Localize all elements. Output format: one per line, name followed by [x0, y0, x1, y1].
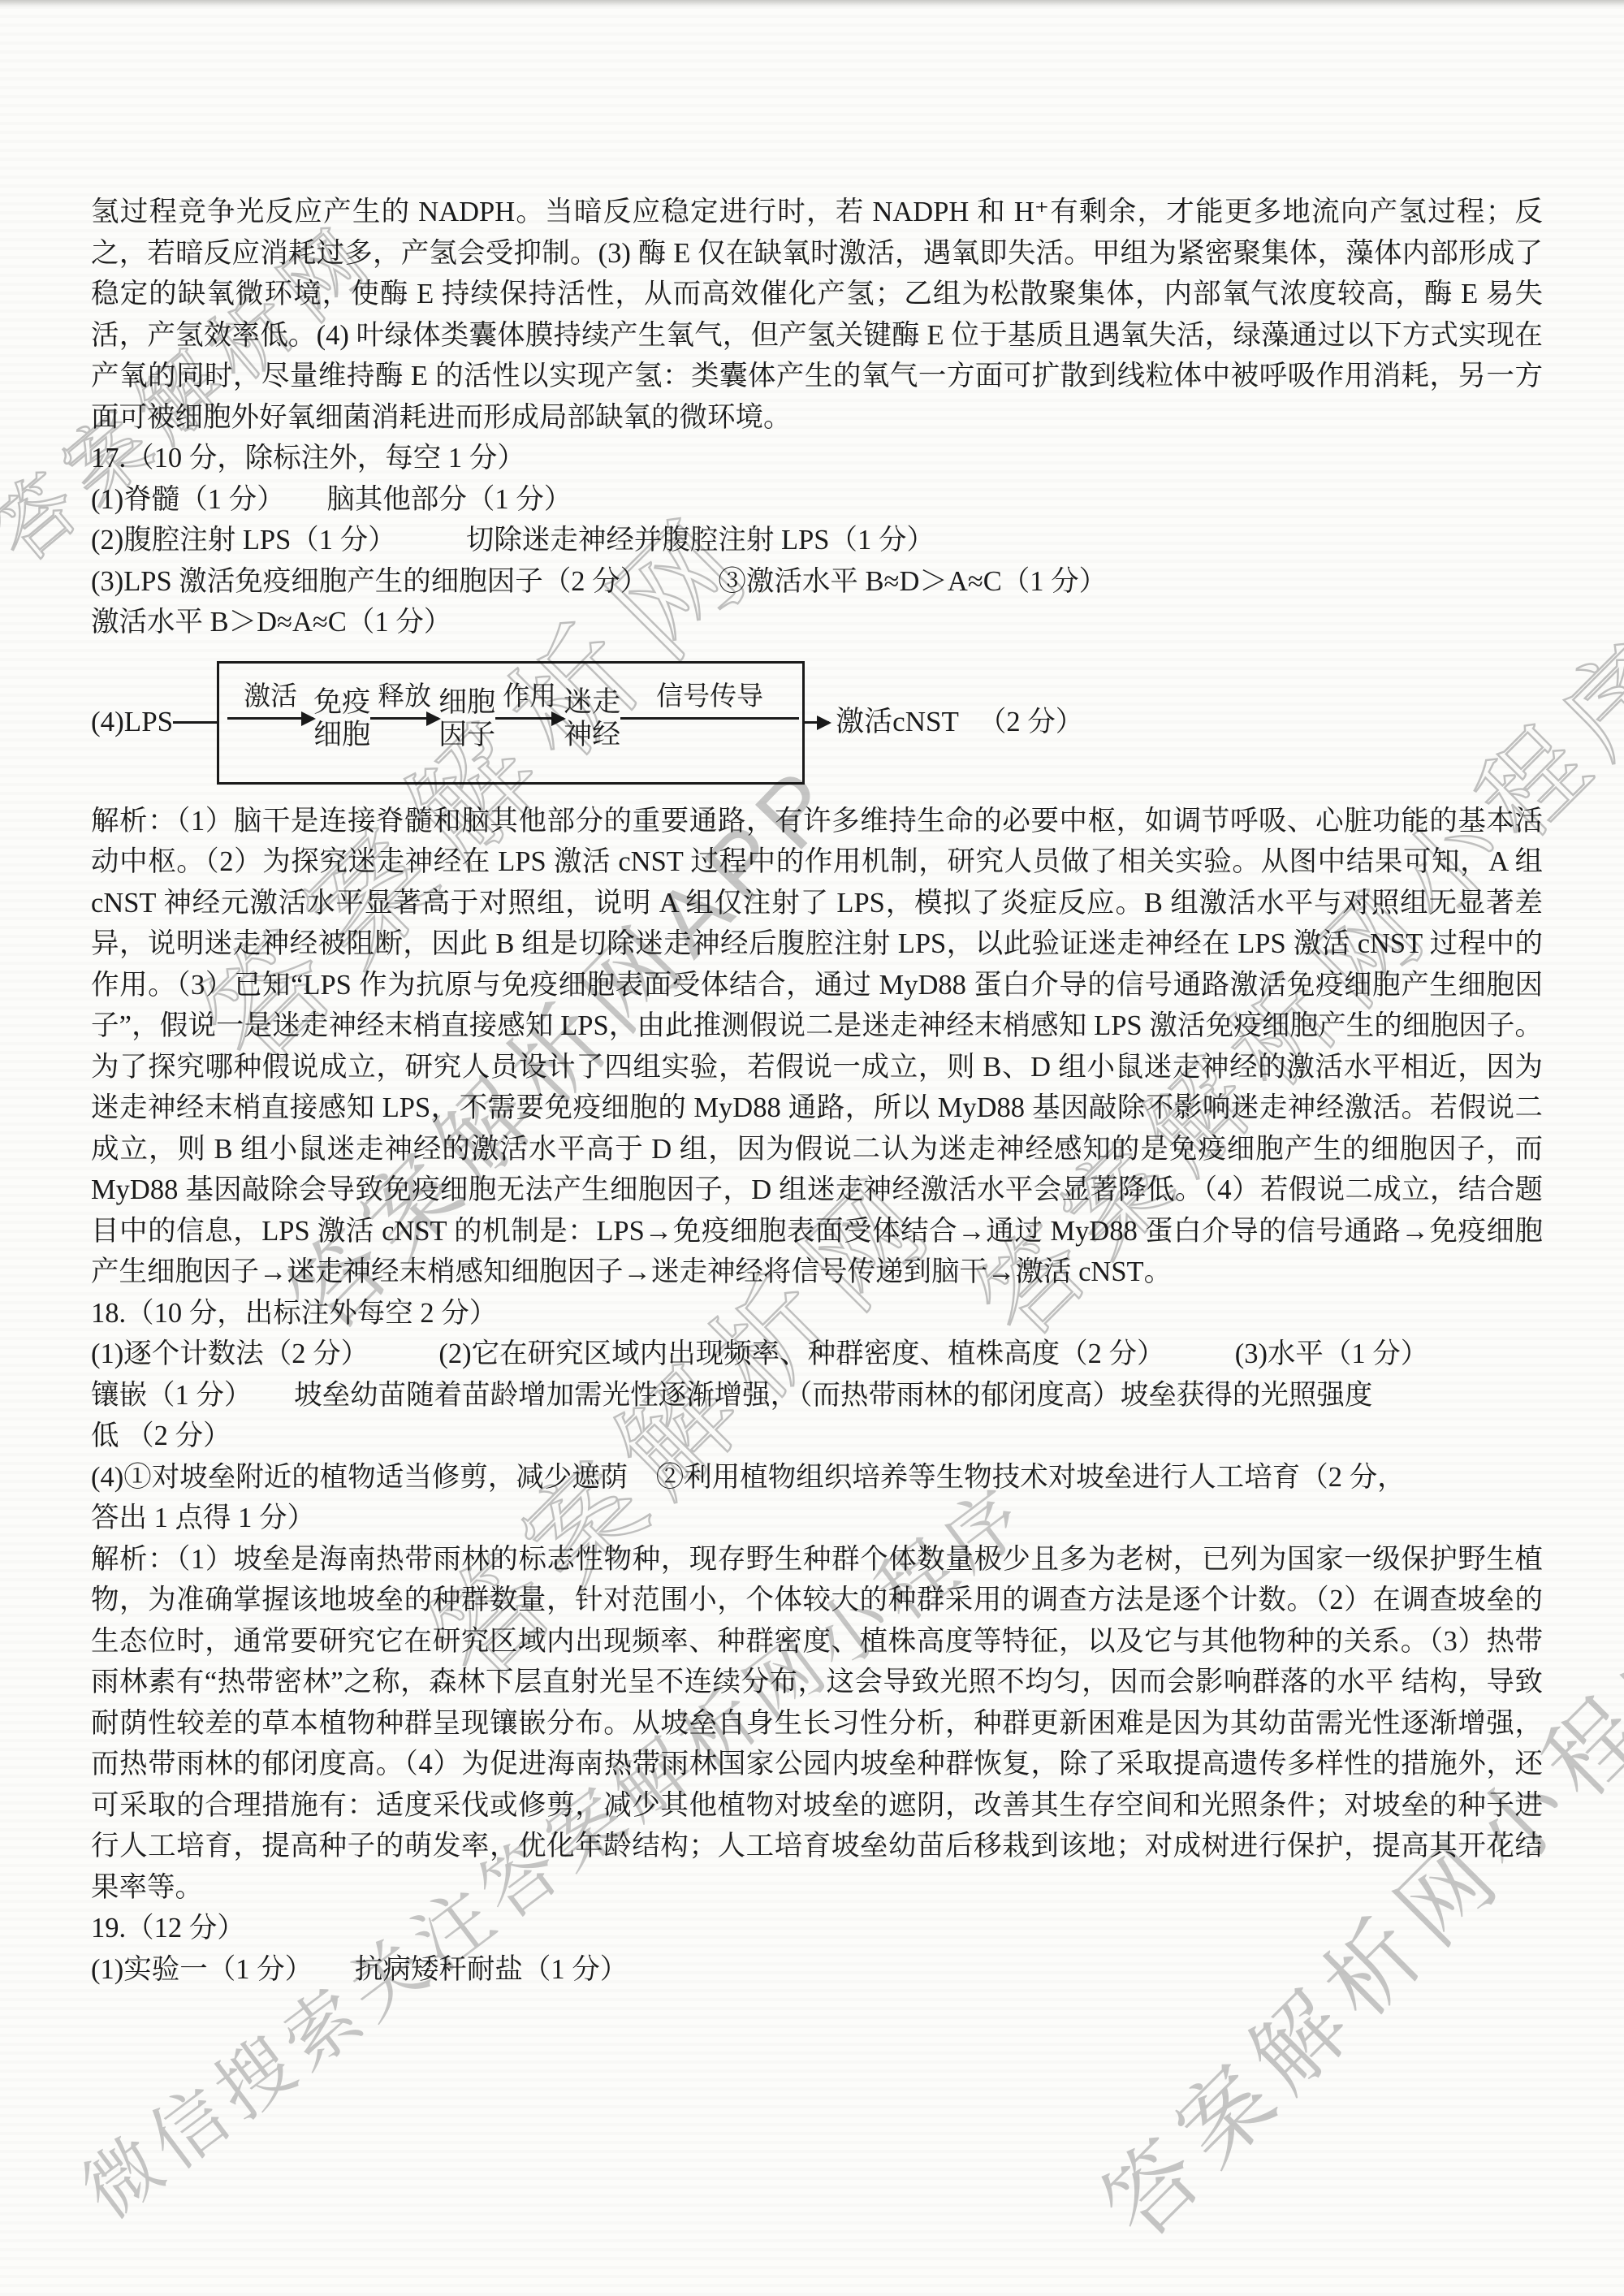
flow-arrow-label: 信号传导: [656, 684, 763, 711]
q18-answer-line-4: (4)①对坡垒附近的植物适当修剪，减少遮荫 ②利用植物组织培养等生物技术对坡垒进…: [91, 1457, 1543, 1498]
flow-connector-arrowhead: [805, 721, 829, 724]
q19-answer-line-1: (1)实验一（1 分） 抗病矮秆耐盐（1 分）: [91, 1949, 1543, 1991]
flow-arrow-act-on: 作用: [495, 717, 564, 720]
flow-node-text: 迷走: [564, 686, 620, 719]
flow-node-text: 细胞: [438, 686, 495, 719]
q19-heading: 19.（12 分）: [91, 1908, 1543, 1949]
q18-answer-line-5: 答出 1 点得 1 分）: [91, 1498, 1543, 1539]
flow-arrow-label: 激活: [244, 684, 297, 711]
q17-analysis: 解析：（1）脑干是连接脊髓和脑其他部分的重要通路，有许多维持生命的必要中枢，如调…: [91, 801, 1543, 1293]
q17-answer-2: (2)腹腔注射 LPS（1 分） 切除迷走神经并腹腔注射 LPS（1 分）: [91, 520, 1543, 561]
flow-score-label: （2 分）: [978, 702, 1083, 743]
answer-sheet-content: 氢过程竞争光反应产生的 NADPH。当暗反应稳定进行时，若 NADPH 和 H⁺…: [91, 192, 1543, 1990]
flow-arrow-label: 作用: [503, 684, 556, 711]
flow-node-text: 免疫: [313, 686, 370, 719]
flow-node-text: 因子: [438, 719, 495, 751]
q18-analysis: 解析：（1）坡垒是海南热带雨林的标志性物种，现存野生种群个体数量极少且多为老树，…: [91, 1539, 1543, 1909]
flow-node-vagus-nerve: 迷走 神经: [564, 686, 620, 751]
q16-analysis-continuation: 氢过程竞争光反应产生的 NADPH。当暗反应稳定进行时，若 NADPH 和 H⁺…: [91, 192, 1543, 438]
q17-answer-4-flowchart: (4)LPS 激活 免疫 细胞 释放 细胞 因子 作用 迷走 神经 信号传导 激…: [91, 661, 1543, 785]
flowchart-box: 激活 免疫 细胞 释放 细胞 因子 作用 迷走 神经 信号传导: [217, 661, 805, 785]
flow-node-cytokine: 细胞 因子: [438, 686, 495, 751]
q18-heading: 18.（10 分，出标注外每空 2 分）: [91, 1293, 1543, 1334]
q18-answer-line-3: 低 （2 分）: [91, 1416, 1543, 1457]
flow-node-text: 神经: [564, 719, 620, 751]
scan-edge-shadow: [0, 0, 1624, 7]
flow-arrow-release: 释放: [370, 717, 438, 720]
q18-answer-line-1: (1)逐个计数法（2 分） (2)它在研究区域内出现频率、种群密度、植株高度（2…: [91, 1334, 1543, 1375]
flow-node-text: 细胞: [313, 719, 370, 751]
q17-answer-3: (3)LPS 激活免疫细胞产生的细胞因子（2 分） ③激活水平 B≈D＞A≈C（…: [91, 561, 1543, 603]
q17-answer-1: (1)脊髓（1 分） 脑其他部分（1 分）: [91, 479, 1543, 521]
q17-heading: 17.（10 分，除标注外，每空 1 分）: [91, 438, 1543, 479]
flow-connector-line: [173, 721, 217, 724]
q18-answer-line-2: 镶嵌（1 分） 坡垒幼苗随着苗龄增加需光性逐渐增强，（而热带雨林的郁闭度高）坡垒…: [91, 1375, 1543, 1416]
flow-node-immune-cell: 免疫 细胞: [313, 686, 370, 751]
flow-result-label: 激活cNST: [836, 702, 959, 743]
flow-lps-label: (4)LPS: [91, 702, 173, 743]
flow-arrow-activate: 激活: [227, 717, 313, 720]
flow-arrow-signal-transmission: 信号传导: [620, 717, 799, 720]
q17-answer-3-continuation: 激活水平 B＞D≈A≈C（1 分）: [91, 602, 1543, 643]
flow-arrow-label: 释放: [378, 684, 431, 711]
